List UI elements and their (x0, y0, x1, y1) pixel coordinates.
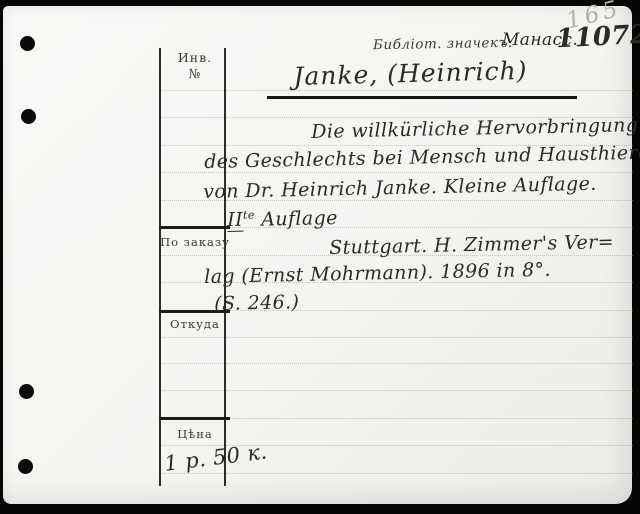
table-border-left (159, 48, 161, 486)
table-divider (159, 226, 230, 229)
ruled-line (159, 473, 633, 474)
punch-hole (19, 384, 34, 399)
origin-label: Откуда (160, 317, 230, 331)
punch-hole (21, 109, 36, 124)
ruled-line (159, 363, 633, 364)
bookplate-label: Библіот. значекъ: (373, 35, 513, 53)
inventory-label: Инв. (160, 50, 230, 65)
ruled-line (159, 418, 633, 419)
title-underline (267, 96, 577, 99)
entry-line-4: IIte Auflage (227, 207, 338, 232)
scanned-catalog-card: Инв. № По заказу Откуда Цѣна 1 р. 50 к. … (0, 0, 640, 514)
inventory-number-sign: № (160, 66, 230, 81)
ruled-line (159, 337, 633, 338)
table-divider (159, 417, 230, 420)
punch-hole (20, 36, 35, 51)
entry-line-7: (S. 246.) (214, 291, 300, 315)
edition-word: Auflage (261, 207, 338, 231)
edition-suffix: te (243, 208, 255, 221)
bookplate-number: 11072 (555, 20, 640, 55)
edition-numeral: II (227, 209, 243, 232)
by-order-label: По заказу (160, 235, 230, 249)
punch-hole (18, 459, 33, 474)
ruled-line (159, 90, 633, 91)
price-label: Цѣна (160, 427, 230, 441)
ruled-line (159, 390, 633, 391)
author-heading: Janke, (Heinrich) (293, 56, 528, 91)
